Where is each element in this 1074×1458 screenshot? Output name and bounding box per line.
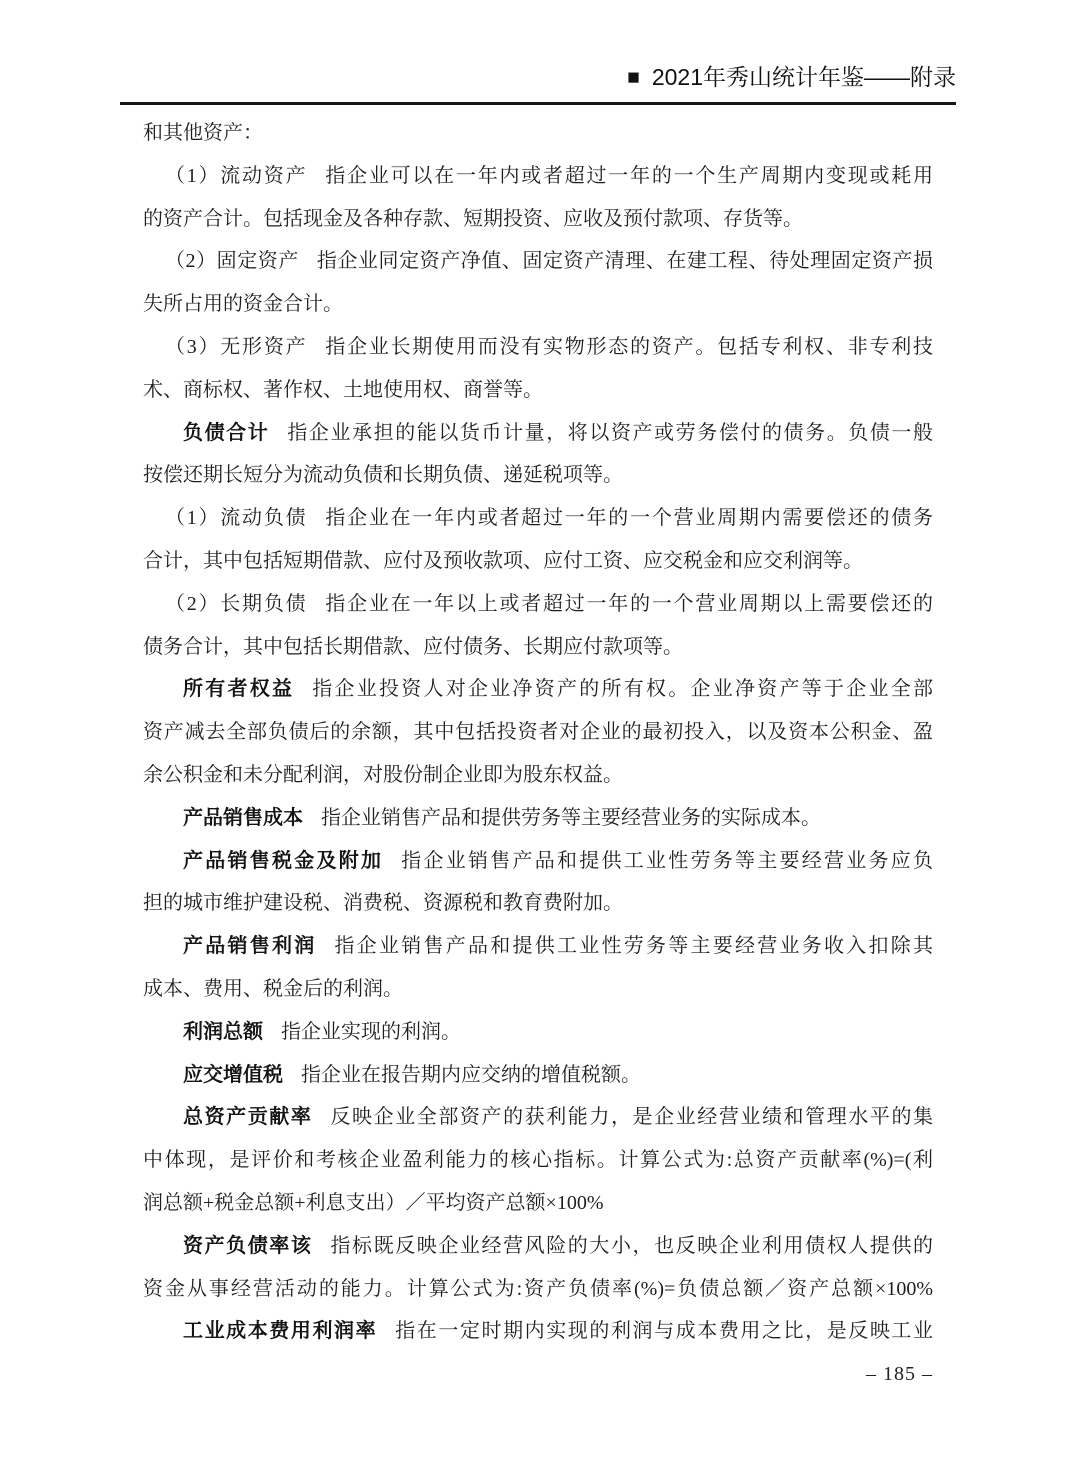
line-text: 资金从事经营活动的能力。计算公式为:资产负债率(%)=负债总额／资产总额×100… (143, 1278, 933, 1300)
text-line: （1）流动资产指企业可以在一年内或者超过一年的一个生产周期内变现或耗用 (143, 155, 933, 198)
document-body: 和其他资产：（1）流动资产指企业可以在一年内或者超过一年的一个生产周期内变现或耗… (143, 112, 933, 1353)
text-line: 成本、费用、税金后的利润。 (143, 968, 933, 1011)
page-header: ■2021年秀山统计年鉴——附录 (120, 61, 956, 94)
line-text: 和其他资产： (143, 122, 263, 144)
text-line: 总资产贡献率反映企业全部资产的获利能力，是企业经营业绩和管理水平的集 (143, 1096, 933, 1139)
line-text: 合计，其中包括短期借款、应付及预收款项、应付工资、应交税金和应交利润等。 (143, 550, 863, 572)
text-line: 中体现，是评价和考核企业盈利能力的核心指标。计算公式为:总资产贡献率(%)=(利 (143, 1139, 933, 1182)
line-text: 术、商标权、著作权、土地使用权、商誉等。 (143, 379, 543, 401)
line-text: 指企业可以在一年内或者超过一年的一个生产周期内变现或耗用 (325, 165, 933, 187)
page-number: – 185 – (866, 1363, 933, 1385)
text-line: 债务合计，其中包括长期借款、应付债务、长期应付款项等。 (143, 626, 933, 669)
term-label: 产品销售税金及附加 (183, 850, 383, 872)
text-line: （2）长期负债指企业在一年以上或者超过一年的一个营业周期以上需要偿还的 (143, 583, 933, 626)
text-line: 工业成本费用利润率指在一定时期内实现的利润与成本费用之比，是反映工业 (143, 1310, 933, 1353)
term-label: 工业成本费用利润率 (183, 1320, 377, 1342)
text-line: 利润总额指企业实现的利润。 (143, 1011, 933, 1054)
page-footer: – 185 – (143, 1363, 933, 1386)
text-line: （2）固定资产指企业同定资产净值、固定资产清理、在建工程、待处理固定资产损 (143, 240, 933, 283)
term-label: 总资产贡献率 (183, 1106, 312, 1128)
term-label: 利润总额 (183, 1021, 263, 1043)
document-page: ■2021年秀山统计年鉴——附录 和其他资产：（1）流动资产指企业可以在一年内或… (0, 0, 1074, 1458)
term-label: 负债合计 (183, 422, 269, 444)
text-line: 产品销售利润指企业销售产品和提供工业性劳务等主要经营业务收入扣除其 (143, 925, 933, 968)
line-text: 中体现，是评价和考核企业盈利能力的核心指标。计算公式为:总资产贡献率(%)=(利 (143, 1149, 933, 1171)
text-line: 资金从事经营活动的能力。计算公式为:资产负债率(%)=负债总额／资产总额×100… (143, 1268, 933, 1311)
line-text: 指企业投资人对企业净资产的所有权。企业净资产等于企业全部 (312, 678, 933, 700)
line-text: 担的城市维护建设税、消费税、资源税和教育费附加。 (143, 892, 623, 914)
line-text: 指企业实现的利润。 (281, 1021, 461, 1043)
line-text: 按偿还期长短分为流动负债和长期负债、递延税项等。 (143, 464, 623, 486)
line-text: 指企业承担的能以货币计量，将以资产或劳务偿付的债务。负债一般 (287, 422, 933, 444)
header-title: 2021年秀山统计年鉴——附录 (652, 64, 956, 90)
item-label: （1）流动负债 (165, 507, 307, 529)
line-text: 失所占用的资金合计。 (143, 293, 343, 315)
line-text: 润总额+税金总额+利息支出）／平均资产总额×100% (143, 1192, 604, 1214)
term-label: 所有者权益 (183, 678, 294, 700)
line-text: 指标既反映企业经营风险的大小，也反映企业利用债权人提供的 (330, 1235, 933, 1257)
header-rule (120, 102, 956, 105)
text-line: 产品销售成本指企业销售产品和提供劳务等主要经营业务的实际成本。 (143, 797, 933, 840)
line-text: 指企业销售产品和提供工业性劳务等主要经营业务应负 (401, 850, 933, 872)
text-line: 按偿还期长短分为流动负债和长期负债、递延税项等。 (143, 454, 933, 497)
term-label: 产品销售成本 (183, 807, 303, 829)
line-text: 反映企业全部资产的获利能力，是企业经营业绩和管理水平的集 (330, 1106, 933, 1128)
text-line: 资产负债率该指标既反映企业经营风险的大小，也反映企业利用债权人提供的 (143, 1225, 933, 1268)
text-line: 应交增值税指企业在报告期内应交纳的增值税额。 (143, 1054, 933, 1097)
line-text: 指企业同定资产净值、固定资产清理、在建工程、待处理固定资产损 (317, 250, 933, 272)
line-text: 的资产合计。包括现金及各种存款、短期投资、应收及预付款项、存货等。 (143, 208, 803, 230)
text-line: 资产减去全部负债后的余额，其中包括投资者对企业的最初投入，以及资本公积金、盈 (143, 711, 933, 754)
text-line: 负债合计指企业承担的能以货币计量，将以资产或劳务偿付的债务。负债一般 (143, 412, 933, 455)
line-text: 余公积金和未分配利润，对股份制企业即为股东权益。 (143, 764, 623, 786)
item-label: （2）固定资产 (165, 250, 299, 272)
line-text: 成本、费用、税金后的利润。 (143, 978, 403, 1000)
term-label: 资产负债率该 (183, 1235, 312, 1257)
text-line: 润总额+税金总额+利息支出）／平均资产总额×100% (143, 1182, 933, 1225)
line-text: 资产减去全部负债后的余额，其中包括投资者对企业的最初投入，以及资本公积金、盈 (143, 721, 933, 743)
text-line: 担的城市维护建设税、消费税、资源税和教育费附加。 (143, 882, 933, 925)
item-label: （3）无形资产 (165, 336, 307, 358)
line-text: 指企业在一年内或者超过一年的一个营业周期内需要偿还的债务 (325, 507, 933, 529)
text-line: 和其他资产： (143, 112, 933, 155)
text-line: 产品销售税金及附加指企业销售产品和提供工业性劳务等主要经营业务应负 (143, 840, 933, 883)
text-line: 余公积金和未分配利润，对股份制企业即为股东权益。 (143, 754, 933, 797)
term-label: 应交增值税 (183, 1064, 283, 1086)
item-label: （2）长期负债 (165, 593, 307, 615)
term-label: 产品销售利润 (183, 935, 317, 957)
square-marker-icon: ■ (627, 62, 640, 94)
text-line: （3）无形资产指企业长期使用而没有实物形态的资产。包括专利权、非专利技 (143, 326, 933, 369)
text-line: 合计，其中包括短期借款、应付及预收款项、应付工资、应交税金和应交利润等。 (143, 540, 933, 583)
text-line: 所有者权益指企业投资人对企业净资产的所有权。企业净资产等于企业全部 (143, 668, 933, 711)
item-label: （1）流动资产 (165, 165, 307, 187)
line-text: 指企业销售产品和提供劳务等主要经营业务的实际成本。 (321, 807, 821, 829)
text-line: 的资产合计。包括现金及各种存款、短期投资、应收及预付款项、存货等。 (143, 198, 933, 241)
line-text: 指企业长期使用而没有实物形态的资产。包括专利权、非专利技 (325, 336, 933, 358)
line-text: 债务合计，其中包括长期借款、应付债务、长期应付款项等。 (143, 636, 683, 658)
text-line: 术、商标权、著作权、土地使用权、商誉等。 (143, 369, 933, 412)
line-text: 指企业销售产品和提供工业性劳务等主要经营业务收入扣除其 (335, 935, 934, 957)
text-line: 失所占用的资金合计。 (143, 283, 933, 326)
text-line: （1）流动负债指企业在一年内或者超过一年的一个营业周期内需要偿还的债务 (143, 497, 933, 540)
line-text: 指在一定时期内实现的利润与成本费用之比，是反映工业 (395, 1320, 933, 1342)
line-text: 指企业在报告期内应交纳的增值税额。 (301, 1064, 641, 1086)
line-text: 指企业在一年以上或者超过一年的一个营业周期以上需要偿还的 (325, 593, 933, 615)
